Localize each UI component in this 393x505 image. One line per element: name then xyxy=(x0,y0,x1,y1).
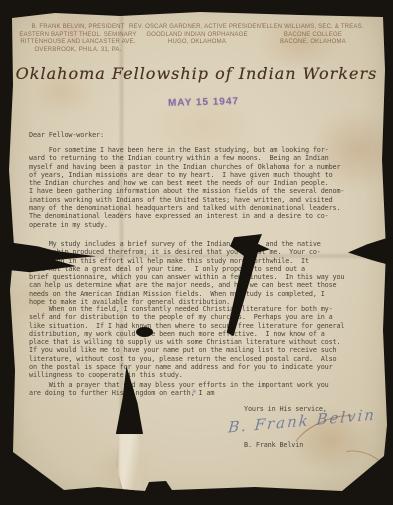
date-stamp: MAY 15 1947 xyxy=(168,96,239,109)
paragraph-1: For sometime I have been here in the Eas… xyxy=(29,146,344,229)
small-tear-hole xyxy=(136,327,153,337)
letterhead-right-officer: ELLEN WILLIAMS, SEC. & TREAS. BACONE COL… xyxy=(250,24,376,47)
paragraph-2: My study includes a brief survey of the … xyxy=(29,240,344,306)
scanned-letter: B. FRANK BELVIN, PRESIDENT EASTERN BAPTI… xyxy=(0,0,393,505)
paragraph-3: When on the field, I constantly needed C… xyxy=(29,305,344,380)
salutation: Dear Fellow-worker: xyxy=(29,131,104,139)
letterhead-title: Oklahoma Fellowship of Indian Workers xyxy=(0,64,393,83)
brown-scratch-mark-2 xyxy=(335,445,387,482)
paragraph-4: With a prayer that God may bless your ef… xyxy=(29,381,329,398)
